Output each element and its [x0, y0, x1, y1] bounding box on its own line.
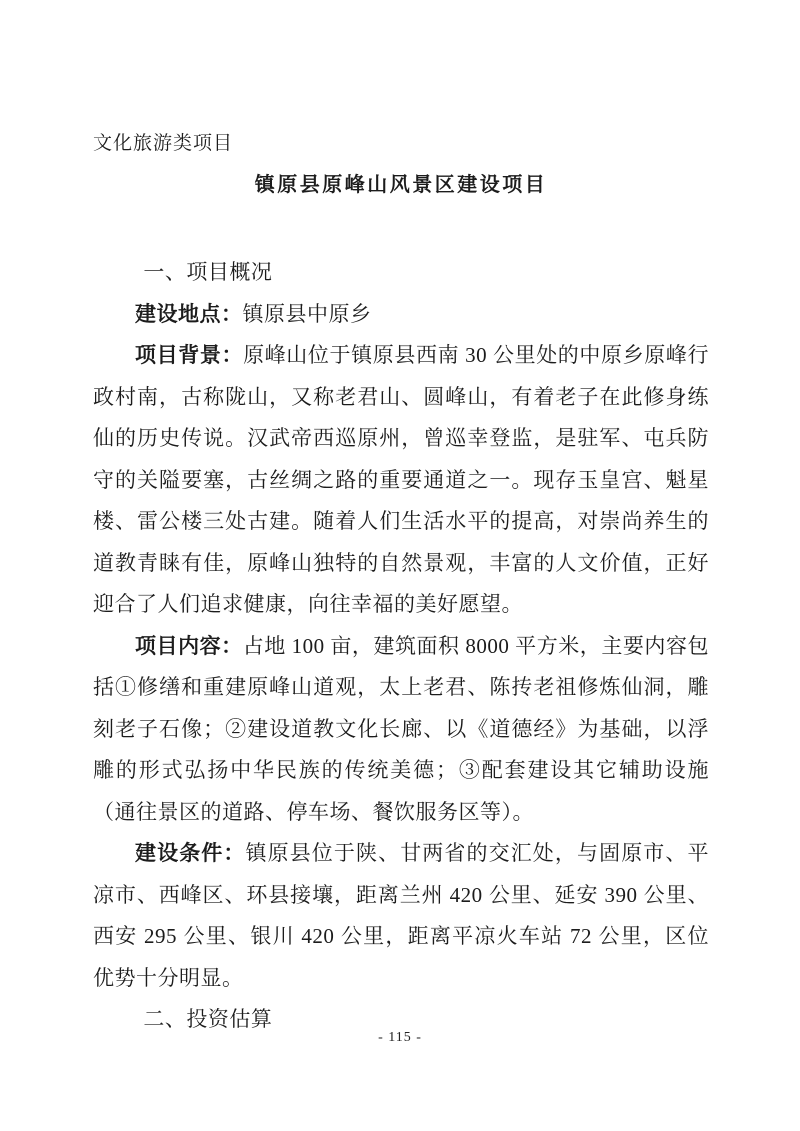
paragraph-text-content: 占地 100 亩，建筑面积 8000 平方米，主要内容包括①修缮和重建原峰山道观… — [93, 634, 709, 824]
paragraph-conditions: 建设条件：镇原县位于陕、甘两省的交汇处，与固原市、平凉市、西峰区、环县接壤，距离… — [93, 833, 709, 999]
paragraph-background: 项目背景：原峰山位于镇原县西南 30 公里处的中原乡原峰行政村南，古称陇山，又称… — [93, 335, 709, 626]
document-body: 一、项目概况 建设地点：镇原县中原乡 项目背景：原峰山位于镇原县西南 30 公里… — [93, 252, 709, 1041]
page-number: - 115 - — [0, 1030, 800, 1046]
paragraph-label-location: 建设地点： — [135, 302, 243, 326]
paragraph-text-background: 原峰山位于镇原县西南 30 公里处的中原乡原峰行政村南，古称陇山，又称老君山、圆… — [93, 343, 709, 616]
section-heading-overview: 一、项目概况 — [93, 252, 709, 294]
paragraph-label-conditions: 建设条件： — [135, 841, 246, 865]
category-heading: 文化旅游类项目 — [93, 132, 709, 156]
document-title: 镇原县原峰山风景区建设项目 — [93, 172, 709, 198]
page-content: 文化旅游类项目 镇原县原峰山风景区建设项目 一、项目概况 建设地点：镇原县中原乡… — [93, 0, 709, 1041]
paragraph-text-location: 镇原县中原乡 — [243, 302, 372, 326]
paragraph-label-background: 项目背景： — [135, 343, 243, 367]
paragraph-location: 建设地点：镇原县中原乡 — [93, 294, 709, 336]
paragraph-content: 项目内容：占地 100 亩，建筑面积 8000 平方米，主要内容包括①修缮和重建… — [93, 626, 709, 834]
paragraph-label-content: 项目内容： — [135, 634, 243, 658]
document-page: 文化旅游类项目 镇原县原峰山风景区建设项目 一、项目概况 建设地点：镇原县中原乡… — [0, 0, 800, 1131]
